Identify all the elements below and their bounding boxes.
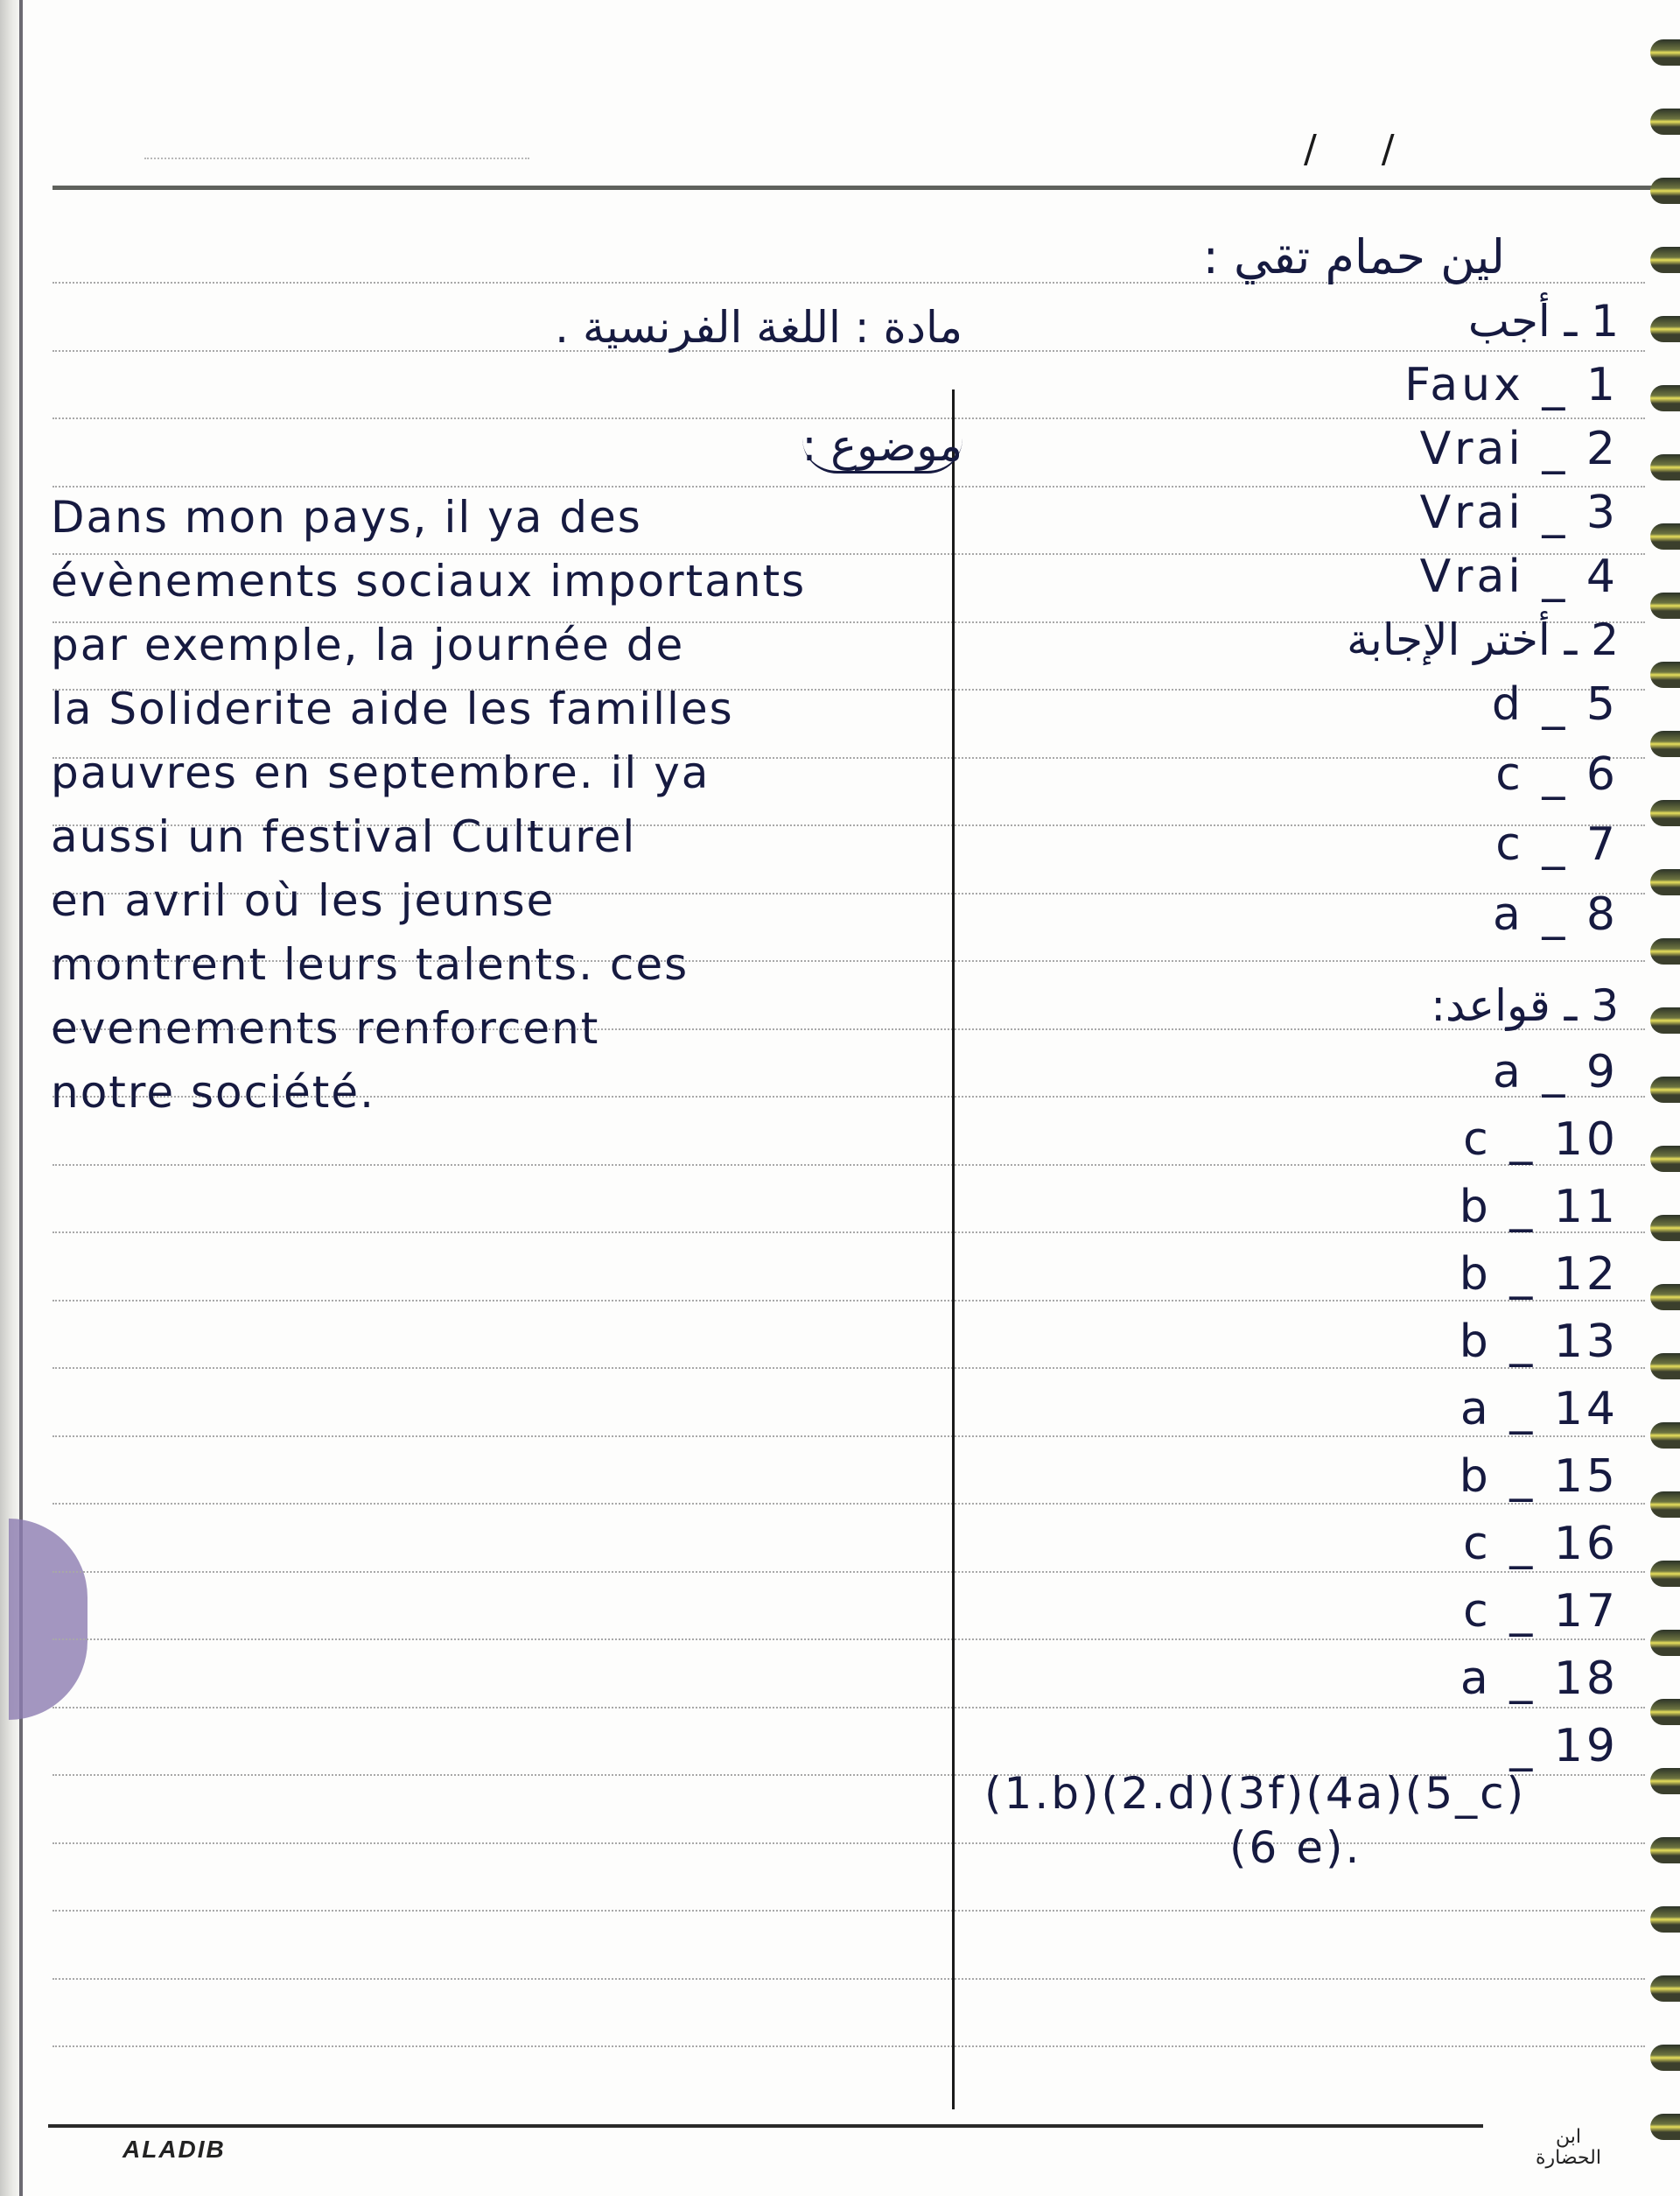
spiral-ring — [1650, 1561, 1680, 1587]
spiral-ring — [1650, 1906, 1680, 1933]
section-3-heading: 3 ـ قواعد: — [1431, 980, 1619, 1031]
answer-value: Faux — [1404, 359, 1524, 411]
answer-row: a _ 14 — [1460, 1383, 1619, 1435]
answer-value: c — [1463, 1518, 1492, 1570]
essay-line: aussi un festival Culturel — [51, 811, 636, 862]
answer-row: c _ 6 — [1495, 748, 1619, 801]
spiral-ring — [1650, 178, 1680, 204]
notebook-margin-line — [19, 0, 23, 2196]
spiral-ring — [1650, 800, 1680, 826]
spiral-ring — [1650, 1491, 1680, 1518]
spiral-ring — [1650, 1284, 1680, 1310]
section-1-heading: 1 ـ أجب — [1468, 296, 1619, 347]
question-number: 15 — [1554, 1450, 1619, 1503]
separator: _ — [1492, 1181, 1554, 1233]
essay-line: montrent leurs talents. ces — [51, 939, 689, 990]
spiral-ring — [1650, 2045, 1680, 2071]
separator: _ — [1524, 888, 1586, 941]
header-rule — [52, 186, 1662, 190]
spiral-ring — [1650, 1699, 1680, 1725]
spiral-ring — [1650, 2114, 1680, 2140]
punch-hole — [9, 1519, 87, 1720]
spiral-ring — [1650, 1215, 1680, 1241]
question-number: 9 — [1586, 1046, 1619, 1098]
answer-value: d — [1492, 678, 1524, 731]
spiral-ring — [1650, 662, 1680, 688]
column-divider — [952, 389, 955, 2109]
question-number: 16 — [1554, 1518, 1619, 1570]
spiral-ring — [1650, 593, 1680, 619]
separator: _ — [1492, 1113, 1554, 1166]
spiral-ring — [1650, 1146, 1680, 1172]
separator: _ — [1524, 678, 1586, 731]
date-field: / / — [1304, 127, 1421, 172]
spiral-ring — [1650, 523, 1680, 550]
ruled-line — [52, 553, 1645, 555]
spiral-ring — [1650, 1007, 1680, 1034]
ruled-line — [52, 486, 1645, 488]
essay-line: Dans mon pays, il ya des — [51, 492, 642, 543]
separator: _ — [1492, 1652, 1554, 1705]
separator: _ — [1492, 1585, 1554, 1638]
spiral-ring — [1650, 1077, 1680, 1103]
separator: _ — [1492, 1315, 1554, 1368]
topic-label: موضوع : — [802, 420, 962, 474]
ruled-line — [52, 1435, 1645, 1437]
ruled-line — [52, 2045, 1645, 2047]
answer-row: a _ 9 — [1493, 1046, 1619, 1098]
answer-value: a — [1460, 1652, 1492, 1705]
separator: _ — [1524, 551, 1586, 603]
answer-row: b _ 13 — [1459, 1315, 1619, 1368]
matching-answers-line-1: (1.b)(2.d)(3f)(4a)(5_c) — [984, 1768, 1526, 1819]
spiral-ring — [1650, 316, 1680, 342]
spiral-ring — [1650, 454, 1680, 481]
question-number: 8 — [1586, 888, 1619, 941]
spiral-ring — [1650, 1630, 1680, 1656]
ruled-line — [52, 1367, 1645, 1369]
answer-row: Vrai _ 3 — [1420, 487, 1619, 539]
answer-row: d _ 5 — [1492, 678, 1619, 731]
answer-value: b — [1459, 1450, 1492, 1503]
spiral-ring — [1650, 1837, 1680, 1863]
answer-row: b _ 11 — [1459, 1181, 1619, 1233]
spiral-ring — [1650, 869, 1680, 895]
essay-line: en avril où les jeunse — [51, 875, 555, 926]
spiral-ring — [1650, 1768, 1680, 1794]
answer-row: c _ 7 — [1495, 818, 1619, 871]
answer-row: a _ 18 — [1460, 1652, 1619, 1705]
student-name: لين حمام تقي : — [1203, 229, 1505, 284]
answer-value: Vrai — [1420, 423, 1524, 475]
spiral-ring — [1650, 938, 1680, 965]
answer-value: c — [1495, 748, 1524, 801]
ruled-line — [52, 1842, 1645, 1844]
spiral-ring — [1650, 109, 1680, 135]
spiral-ring — [1650, 247, 1680, 273]
spiral-ring — [1650, 385, 1680, 411]
question-number: 10 — [1554, 1113, 1619, 1166]
ruled-line — [52, 1503, 1645, 1505]
essay-line: notre société. — [51, 1067, 375, 1118]
answer-value: c — [1463, 1585, 1492, 1638]
separator: _ — [1492, 1518, 1554, 1570]
question-number: 12 — [1554, 1248, 1619, 1301]
answer-value: Vrai — [1420, 487, 1524, 539]
brand-logo-aladib: ALADIB — [122, 2136, 226, 2164]
matching-answers-line-2: (6 e). — [1229, 1822, 1361, 1873]
answer-value: c — [1463, 1113, 1492, 1166]
separator: _ — [1492, 1383, 1554, 1435]
question-number: 6 — [1586, 748, 1619, 801]
separator: _ — [1524, 487, 1586, 539]
answer-row: Vrai _ 4 — [1420, 551, 1619, 603]
subject-label: مادة : اللغة الفرنسية . — [555, 302, 962, 353]
spiral-ring — [1650, 1975, 1680, 2002]
ruled-line — [52, 1978, 1645, 1980]
essay-line: evenements renforcent — [51, 1003, 599, 1054]
answer-row: a _ 8 — [1493, 888, 1619, 941]
essay-line: la Soliderite aide les familles — [51, 684, 734, 734]
notebook-edge — [0, 0, 19, 2196]
answer-row: Faux _ 1 — [1404, 359, 1619, 411]
essay-line: évènements sociaux importants — [51, 556, 806, 607]
answer-value: a — [1493, 1046, 1524, 1098]
answer-row: _ 19 — [1509, 1720, 1619, 1772]
ruled-line — [52, 1571, 1645, 1573]
answer-value: b — [1459, 1181, 1492, 1233]
answer-row: Vrai _ 2 — [1420, 423, 1619, 475]
essay-line: par exemple, la journée de — [51, 620, 684, 670]
answer-value: a — [1493, 888, 1524, 941]
footer-rule — [48, 2124, 1483, 2128]
ruled-line — [52, 1910, 1645, 1912]
answer-row: b _ 12 — [1459, 1248, 1619, 1301]
spiral-ring — [1650, 731, 1680, 757]
ruled-line — [52, 1164, 1645, 1166]
answer-value: b — [1459, 1315, 1492, 1368]
separator: _ — [1492, 1450, 1554, 1503]
question-number: 5 — [1586, 678, 1619, 731]
ruled-line — [52, 1638, 1645, 1640]
ruled-line — [52, 417, 1645, 419]
question-number: 13 — [1554, 1315, 1619, 1368]
separator: _ — [1524, 359, 1586, 411]
spiral-ring — [1650, 1353, 1680, 1379]
question-number: 1 — [1586, 359, 1619, 411]
answer-value: a — [1460, 1383, 1492, 1435]
question-number: 17 — [1554, 1585, 1619, 1638]
question-number: 4 — [1586, 551, 1619, 603]
question-number: 18 — [1554, 1652, 1619, 1705]
answer-value: Vrai — [1420, 551, 1524, 603]
ruled-line — [52, 1300, 1645, 1301]
question-number: 19 — [1554, 1720, 1619, 1772]
answer-value: b — [1459, 1248, 1492, 1301]
question-number: 2 — [1586, 423, 1619, 475]
separator: _ — [1509, 1720, 1554, 1772]
answer-row: c _ 16 — [1463, 1518, 1619, 1570]
answer-row: b _ 15 — [1459, 1450, 1619, 1503]
question-number: 14 — [1554, 1383, 1619, 1435]
section-2-heading: 2 ـ أختر الإجابة — [1347, 614, 1619, 665]
question-number: 3 — [1586, 487, 1619, 539]
answer-row: c _ 17 — [1463, 1585, 1619, 1638]
question-number: 7 — [1586, 818, 1619, 871]
ruled-line — [52, 1707, 1645, 1708]
separator: _ — [1492, 1248, 1554, 1301]
ruled-line — [52, 1231, 1645, 1233]
brand-logo-arabic: ابن الحضارة — [1536, 2127, 1601, 2169]
answer-row: c _ 10 — [1463, 1113, 1619, 1166]
question-number: 11 — [1554, 1181, 1619, 1233]
spiral-ring — [1650, 39, 1680, 66]
essay-line: pauvres en septembre. il ya — [51, 747, 710, 798]
spiral-ring — [1650, 1422, 1680, 1449]
separator: _ — [1524, 748, 1586, 801]
header-dotted-line — [144, 158, 529, 159]
answer-value: c — [1495, 818, 1524, 871]
separator: _ — [1524, 818, 1586, 871]
separator: _ — [1524, 1046, 1586, 1098]
separator: _ — [1524, 423, 1586, 475]
